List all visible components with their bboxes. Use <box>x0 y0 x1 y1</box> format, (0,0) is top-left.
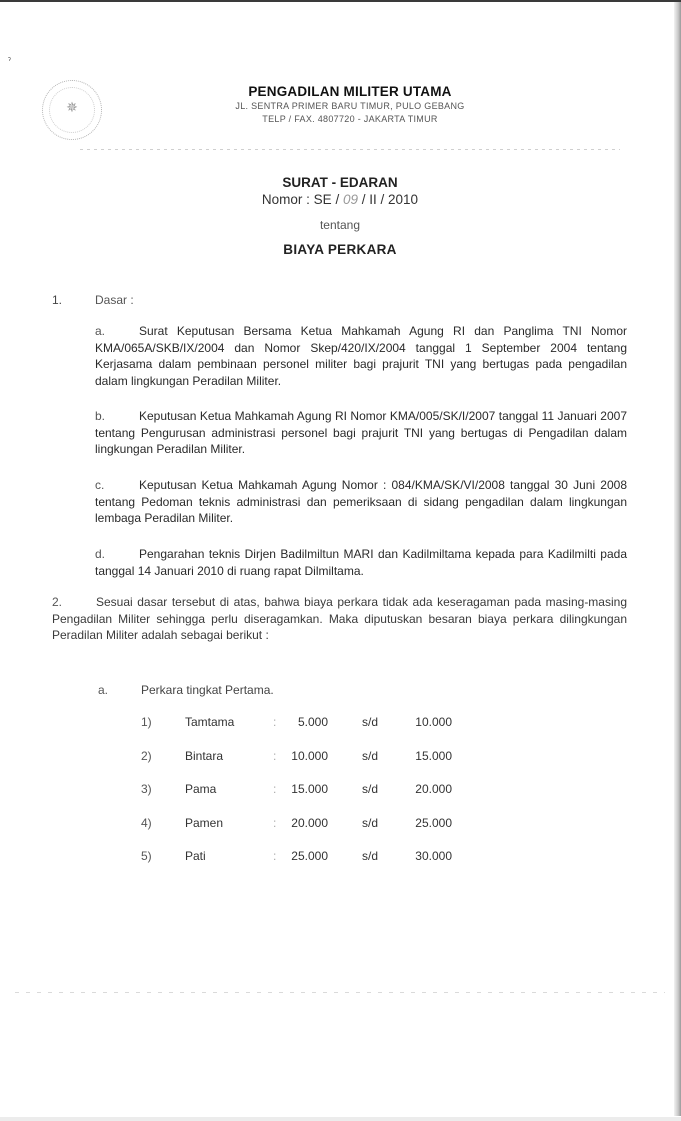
basis-item-c: c.Keputusan Ketua Mahkamah Agung Nomor :… <box>95 477 627 527</box>
scan-artifact: ˀ <box>8 56 11 65</box>
institution-address: JL. SENTRA PRIMER BARU TIMUR, PULO GEBAN… <box>180 101 520 111</box>
document-type: SURAT - EDARAN <box>150 175 530 190</box>
footer-divider <box>15 992 665 993</box>
basis-item-label: b. <box>95 408 139 425</box>
fee-row-max: 15.000 <box>400 749 452 763</box>
document-number: Nomor : SE / 09 / II / 2010 <box>150 192 530 207</box>
basis-item-d: d.Pengarahan teknis Dirjen Badilmiltun M… <box>95 546 627 579</box>
document-number-suffix: / II / 2010 <box>362 192 418 207</box>
section-2-paragraph: 2.Sesuai dasar tersebut di atas, bahwa b… <box>52 594 627 644</box>
fee-row-min: 5.000 <box>276 715 328 729</box>
section-2-number: 2. <box>52 594 96 611</box>
basis-item-label: d. <box>95 546 139 563</box>
fee-row-range-word: s/d <box>362 715 378 729</box>
basis-item-label: c. <box>95 477 139 494</box>
institution-name: PENGADILAN MILITER UTAMA <box>180 84 520 99</box>
page-edge-shadow <box>674 2 681 1116</box>
fee-row-rank: Pamen <box>185 816 223 830</box>
document-number-handwritten: 09 <box>343 192 358 207</box>
basis-item-text: Surat Keputusan Bersama Ketua Mahkamah A… <box>95 324 627 388</box>
fee-row-range-word: s/d <box>362 849 378 863</box>
fees-label: a. <box>98 683 108 697</box>
fee-row-index: 2) <box>141 749 152 763</box>
letterhead-divider <box>80 149 620 150</box>
page-bottom-edge <box>0 1117 681 1121</box>
basis-item-a: a.Surat Keputusan Bersama Ketua Mahkamah… <box>95 323 627 389</box>
fee-row-max: 25.000 <box>400 816 452 830</box>
fee-row-rank: Pama <box>185 782 216 796</box>
section-1-number: 1. <box>52 293 62 307</box>
fee-row-rank: Tamtama <box>185 715 234 729</box>
viewer-top-bar <box>0 0 681 2</box>
fee-row-max: 10.000 <box>400 715 452 729</box>
fee-row-rank: Pati <box>185 849 206 863</box>
fee-row-range-word: s/d <box>362 749 378 763</box>
document-tentang: tentang <box>150 218 530 232</box>
fee-row-min: 20.000 <box>276 816 328 830</box>
basis-item-label: a. <box>95 323 139 340</box>
basis-item-b: b.Keputusan Ketua Mahkamah Agung RI Nomo… <box>95 408 627 458</box>
fee-row-max: 30.000 <box>400 849 452 863</box>
section-1-heading: Dasar : <box>95 293 134 307</box>
fee-row-index: 3) <box>141 782 152 796</box>
fee-row-range-word: s/d <box>362 816 378 830</box>
court-seal-icon: ✵ <box>42 80 102 140</box>
document-number-label: Nomor : SE / <box>262 192 339 207</box>
document-subject: BIAYA PERKARA <box>150 242 530 257</box>
fee-row-min: 10.000 <box>276 749 328 763</box>
fee-row-min: 25.000 <box>276 849 328 863</box>
basis-item-text: Keputusan Ketua Mahkamah Agung RI Nomor … <box>95 409 627 456</box>
basis-item-text: Keputusan Ketua Mahkamah Agung Nomor : 0… <box>95 478 627 525</box>
section-2-text: Sesuai dasar tersebut di atas, bahwa bia… <box>52 595 627 642</box>
fee-row-max: 20.000 <box>400 782 452 796</box>
fees-title: Perkara tingkat Pertama. <box>141 683 274 697</box>
fee-row-index: 4) <box>141 816 152 830</box>
basis-item-text: Pengarahan teknis Dirjen Badilmiltun MAR… <box>95 547 627 578</box>
fee-row-min: 15.000 <box>276 782 328 796</box>
fee-row-rank: Bintara <box>185 749 223 763</box>
fee-row-index: 5) <box>141 849 152 863</box>
emblem-icon: ✵ <box>43 99 101 116</box>
fee-row-index: 1) <box>141 715 152 729</box>
institution-contact: TELP / FAX. 4807720 - JAKARTA TIMUR <box>180 114 520 124</box>
fee-row-range-word: s/d <box>362 782 378 796</box>
